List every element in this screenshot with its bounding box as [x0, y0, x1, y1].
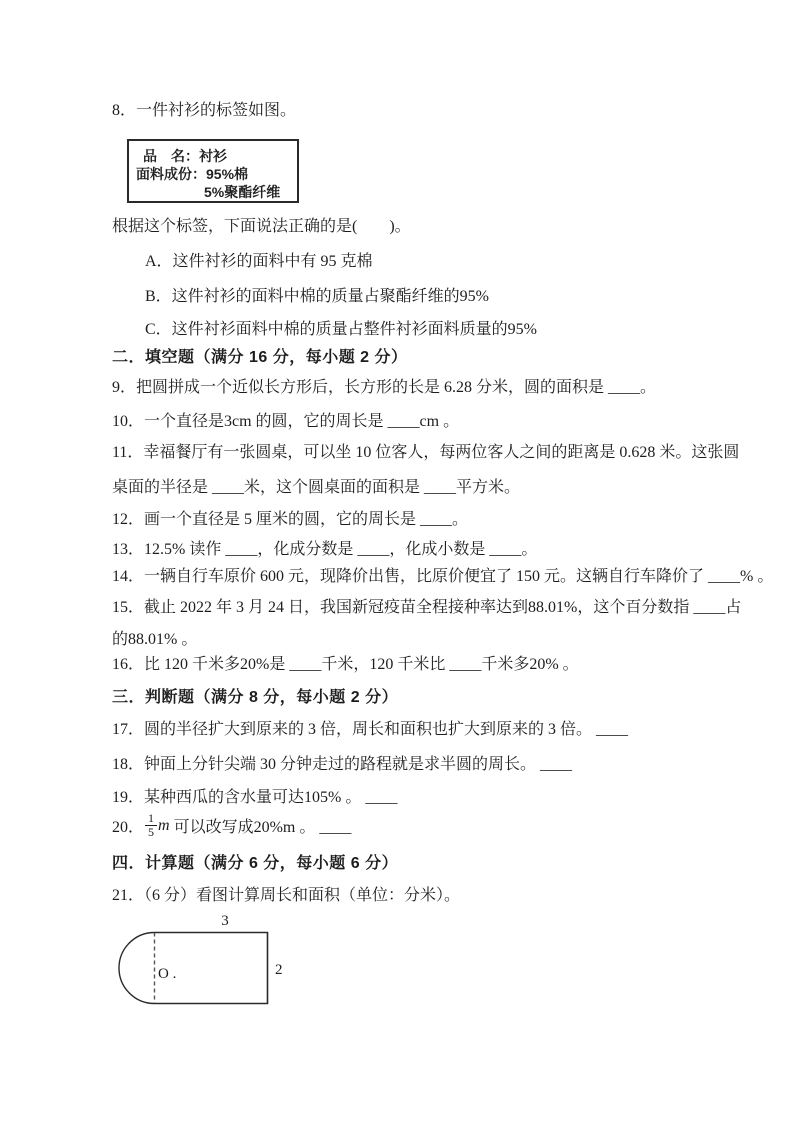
shirt-label-box: 品 名：衬衫 面料成份：95%棉 5%聚酯纤维	[127, 139, 299, 203]
question-8-option-a: A．这件衬衫的面料中有 95 克棉	[145, 251, 373, 273]
question-10: 10．一个直径是3cm 的圆，它的周长是 ____cm 。	[112, 411, 459, 433]
question-20-variable: m	[158, 817, 170, 835]
label-fabric-composition: 面料成份：95%棉	[136, 165, 248, 183]
question-20: 20． 1 5 m 可以改写成20%m 。 ____	[112, 812, 351, 839]
question-12: 12．画一个直径是 5 厘米的圆，它的周长是 ____。	[112, 509, 468, 531]
question-11-line2: 桌面的半径是 ____米，这个圆桌面的面积是 ____平方米。	[112, 477, 520, 499]
section-calc-title: 四．计算题（满分 6 分，每小题 6 分）	[112, 853, 398, 875]
section-judge-title: 三．判断题（满分 8 分，每小题 2 分）	[112, 687, 398, 709]
question-15-line2: 的88.01% 。	[112, 629, 197, 651]
figure-semicircle	[119, 933, 155, 1004]
question-8-option-c: C．这件衬衫面料中棉的质量占整件衬衫面料质量的95%	[145, 319, 537, 341]
question-20-rest: 可以改写成20%m 。 ____	[170, 814, 352, 837]
question-17: 17．圆的半径扩大到原来的 3 倍，周长和面积也扩大到原来的 3 倍。 ____	[112, 719, 628, 741]
question-15-line1: 15．截止 2022 年 3 月 24 日，我国新冠疫苗全程接种率达到88.01…	[112, 597, 741, 619]
section-fill-title: 二．填空题（满分 16 分，每小题 2 分）	[112, 347, 407, 369]
question-11-line1: 11．幸福餐厅有一张圆桌，可以坐 10 位客人，每两位客人之间的距离是 0.62…	[112, 442, 739, 464]
exam-page: 8．一件衬衫的标签如图。 品 名：衬衫 面料成份：95%棉 5%聚酯纤维 根据这…	[0, 0, 793, 1122]
question-9: 9．把圆拼成一个近似长方形后，长方形的长是 6.28 分米，圆的面积是 ____…	[112, 377, 656, 399]
question-14: 14．一辆自行车原价 600 元，现降价出售，比原价便宜了 150 元。这辆自行…	[112, 566, 773, 588]
question-8-option-b: B．这件衬衫的面料中棉的质量占聚酯纤维的95%	[145, 286, 489, 308]
label-product-name: 品 名：衬衫	[143, 147, 227, 165]
question-18: 18．钟面上分针尖端 30 分钟走过的路程就是求半圆的周长。 ____	[112, 754, 572, 776]
question-8-prompt: 根据这个标签，下面说法正确的是( )。	[112, 216, 411, 238]
figure-top-dimension-label: 3	[221, 913, 229, 929]
question-20-number: 20．	[112, 814, 144, 837]
question-19: 19．某种西瓜的含水量可达105% 。 ____	[112, 787, 397, 809]
label-fabric-composition-2: 5%聚酯纤维	[204, 183, 280, 201]
fraction-denominator: 5	[148, 826, 154, 839]
question-13: 13．12.5% 读作 ____，化成分数是 ____，化成小数是 ____。	[112, 539, 537, 561]
question-16: 16．比 120 千米多20%是 ____千米，120 千米比 ____千米多2…	[112, 654, 579, 676]
question-8-stem: 8．一件衬衫的标签如图。	[112, 100, 296, 122]
figure-right-dimension-label: 2	[275, 962, 283, 978]
fraction-numerator: 1	[145, 812, 157, 826]
geometry-figure: 3 O . 2	[115, 912, 300, 1012]
question-21: 21．（6 分）看图计算周长和面积（单位：分米）。	[112, 885, 460, 907]
figure-center-label: O .	[158, 966, 176, 982]
fraction-one-fifth: 1 5	[145, 812, 157, 839]
